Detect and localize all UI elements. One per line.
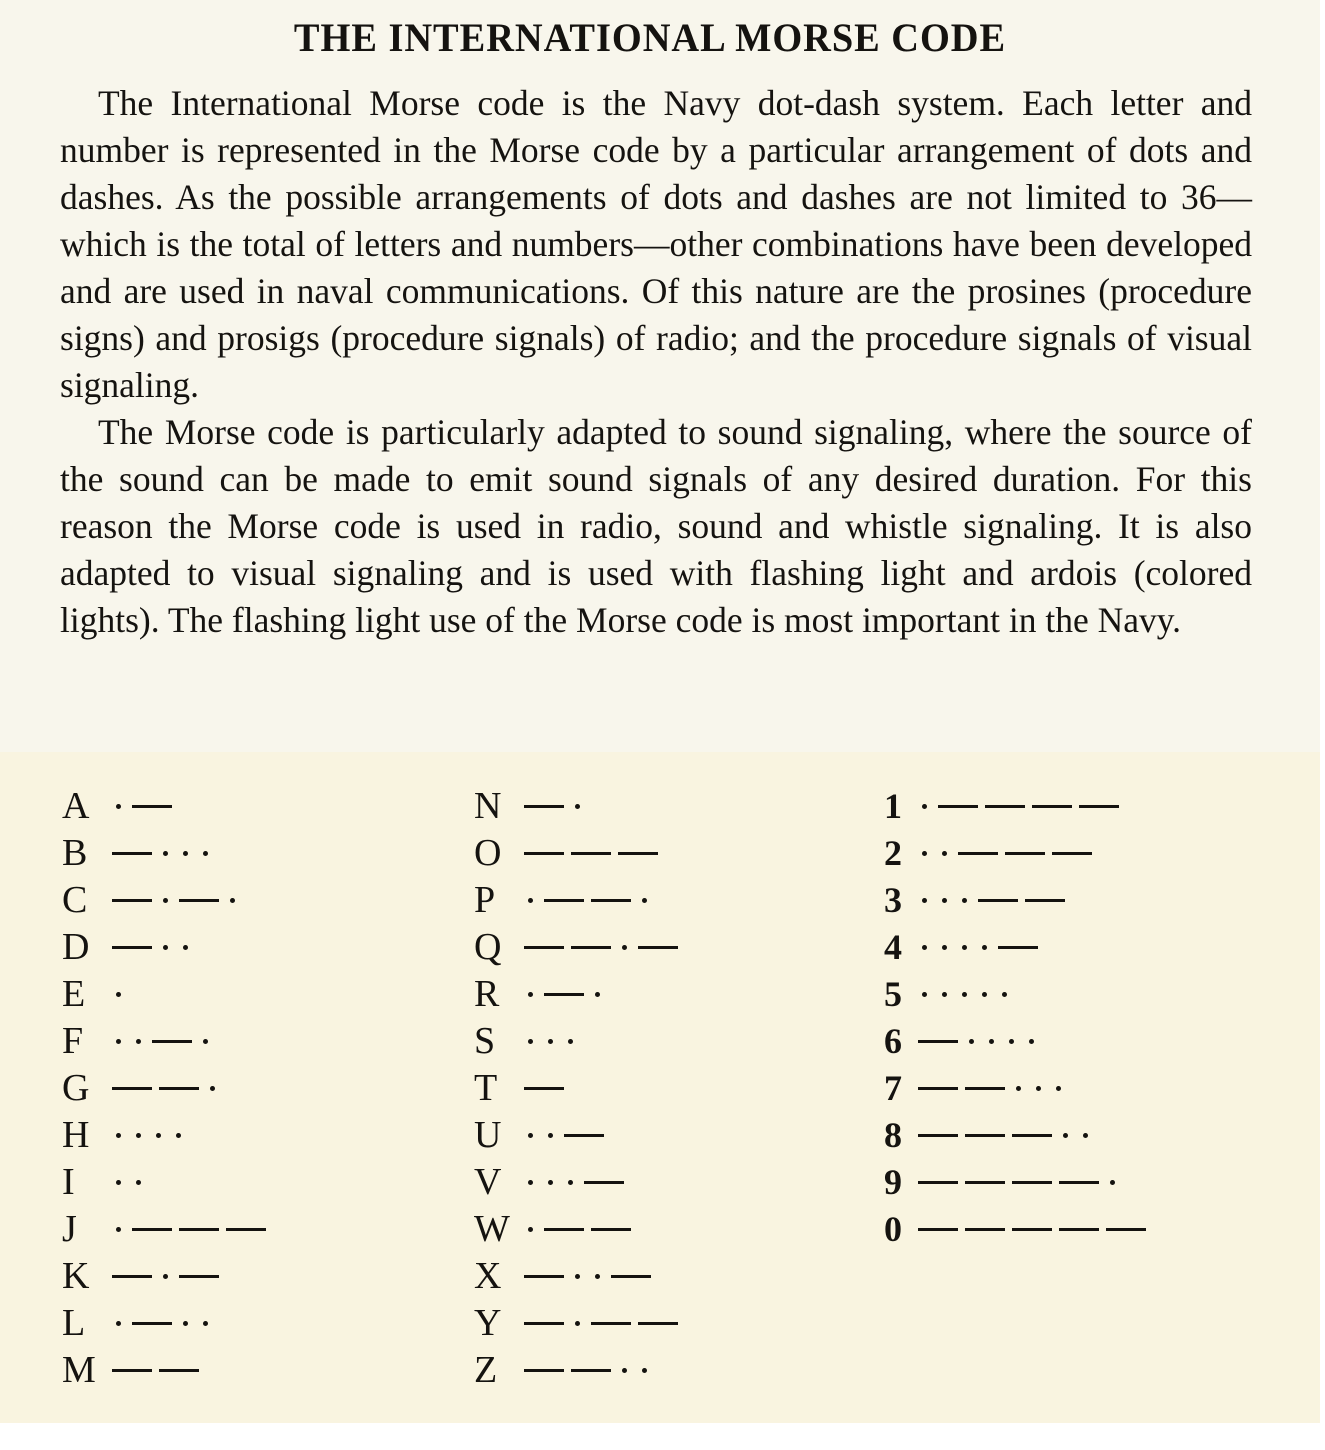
morse-entry: C (62, 877, 266, 924)
morse-sequence (112, 1133, 185, 1138)
dot-icon (163, 898, 168, 903)
morse-entry: Y (474, 1300, 678, 1347)
morse-entry: A (62, 783, 266, 830)
dash-icon (918, 1040, 958, 1043)
dot-icon (595, 1274, 600, 1279)
morse-sequence (918, 992, 1011, 997)
dot-icon (1009, 1039, 1014, 1044)
morse-sequence (524, 1039, 577, 1044)
dot-icon (528, 1227, 533, 1232)
dash-icon (591, 1322, 631, 1325)
dot-icon (982, 992, 987, 997)
morse-sequence (524, 898, 651, 903)
morse-entry: 1 (884, 783, 1146, 830)
dot-icon (922, 992, 927, 997)
morse-character: 4 (884, 924, 918, 971)
morse-entry: B (62, 830, 266, 877)
morse-character: 6 (884, 1018, 918, 1065)
dot-icon (942, 898, 947, 903)
dot-icon (203, 851, 208, 856)
dot-icon (568, 1180, 573, 1185)
dot-icon (230, 898, 235, 903)
morse-entry: 5 (884, 971, 1146, 1018)
morse-entry: X (474, 1253, 678, 1300)
dot-icon (203, 1039, 208, 1044)
morse-character: K (62, 1253, 112, 1300)
morse-character: V (474, 1159, 524, 1206)
morse-sequence (112, 1086, 219, 1091)
morse-character: X (474, 1253, 524, 1300)
dash-icon (985, 805, 1025, 808)
dot-icon (136, 1039, 141, 1044)
dot-icon (210, 1086, 215, 1091)
dash-icon (965, 1134, 1005, 1137)
morse-column-letters-a-m: ABCDEFGHIJKLM (62, 783, 266, 1394)
morse-entry: 9 (884, 1159, 1146, 1206)
morse-character: A (62, 783, 112, 830)
dot-icon (622, 945, 627, 950)
dash-icon (591, 899, 631, 902)
dash-icon (965, 1087, 1005, 1090)
morse-character: 2 (884, 830, 918, 877)
morse-entry: T (474, 1065, 678, 1112)
dash-icon (112, 1087, 152, 1090)
dot-icon (1083, 1133, 1088, 1138)
dash-icon (965, 1228, 1005, 1231)
dash-icon (226, 1228, 266, 1231)
morse-character: 7 (884, 1065, 918, 1112)
dot-icon (962, 992, 967, 997)
morse-entry: 4 (884, 924, 1146, 971)
morse-entry: Q (474, 924, 678, 971)
dot-icon (1002, 992, 1007, 997)
morse-sequence (524, 1274, 651, 1279)
morse-character: U (474, 1112, 524, 1159)
dot-icon (183, 851, 188, 856)
dot-icon (183, 945, 188, 950)
morse-sequence (918, 1228, 1146, 1231)
morse-sequence (524, 852, 658, 855)
morse-sequence (112, 804, 172, 809)
dot-icon (1056, 1086, 1061, 1091)
morse-sequence (524, 1368, 651, 1373)
paragraph-usage: The Morse code is particularly adapted t… (60, 409, 1252, 644)
dot-icon (116, 804, 121, 809)
dash-icon (1059, 1228, 1099, 1231)
morse-character: J (62, 1206, 112, 1253)
dot-icon (989, 1039, 994, 1044)
dot-icon (1016, 1086, 1021, 1091)
morse-sequence (112, 898, 239, 903)
dash-icon (112, 899, 152, 902)
dash-icon (179, 899, 219, 902)
dash-icon (1052, 852, 1092, 855)
morse-character: 0 (884, 1206, 918, 1253)
morse-entry: R (474, 971, 678, 1018)
morse-character: S (474, 1018, 524, 1065)
dot-icon (595, 992, 600, 997)
dot-icon (163, 851, 168, 856)
dot-icon (942, 992, 947, 997)
morse-entry: E (62, 971, 266, 1018)
dot-icon (568, 1039, 573, 1044)
dash-icon (965, 1181, 1005, 1184)
morse-character: Y (474, 1300, 524, 1347)
paragraph-intro: The International Morse code is the Navy… (60, 80, 1252, 409)
morse-sequence (918, 1039, 1038, 1044)
dash-icon (1106, 1228, 1146, 1231)
dot-icon (922, 945, 927, 950)
dot-icon (922, 804, 927, 809)
dash-icon (524, 852, 564, 855)
morse-character: Q (474, 924, 524, 971)
dot-icon (1110, 1180, 1115, 1185)
dash-icon (524, 946, 564, 949)
morse-entry: K (62, 1253, 266, 1300)
morse-sequence (918, 898, 1065, 903)
morse-entry: 0 (884, 1206, 1146, 1253)
dash-icon (1079, 805, 1119, 808)
dot-icon (1063, 1133, 1068, 1138)
scanned-page: THE INTERNATIONAL MORSE CODE The Interna… (0, 0, 1320, 1423)
morse-sequence (524, 804, 584, 809)
dash-icon (571, 946, 611, 949)
dash-icon (132, 805, 172, 808)
morse-character: W (474, 1206, 524, 1253)
dash-icon (958, 852, 998, 855)
morse-character: E (62, 971, 112, 1018)
dash-icon (564, 1134, 604, 1137)
morse-character: 9 (884, 1159, 918, 1206)
dot-icon (116, 1039, 121, 1044)
morse-sequence (112, 1369, 199, 1372)
dash-icon (918, 1087, 958, 1090)
dot-icon (962, 945, 967, 950)
morse-column-numbers: 1234567890 (884, 783, 1146, 1253)
morse-entry: F (62, 1018, 266, 1065)
morse-entry: G (62, 1065, 266, 1112)
dot-icon (528, 992, 533, 997)
dot-icon (183, 1321, 188, 1326)
dash-icon (112, 1369, 152, 1372)
dot-icon (528, 898, 533, 903)
dash-icon (1012, 1228, 1052, 1231)
dot-icon (136, 1180, 141, 1185)
morse-character: 3 (884, 877, 918, 924)
dash-icon (179, 1275, 219, 1278)
dot-icon (116, 1133, 121, 1138)
morse-sequence (524, 1087, 564, 1090)
dot-icon (942, 945, 947, 950)
morse-entry: H (62, 1112, 266, 1159)
dash-icon (544, 1228, 584, 1231)
dash-icon (584, 1181, 624, 1184)
dot-icon (548, 1039, 553, 1044)
dot-icon (116, 1180, 121, 1185)
morse-sequence (112, 1180, 145, 1185)
morse-entry: U (474, 1112, 678, 1159)
morse-sequence (112, 851, 212, 856)
page-title: THE INTERNATIONAL MORSE CODE (26, 14, 1274, 61)
morse-sequence (918, 1133, 1092, 1138)
dot-icon (622, 1368, 627, 1373)
dot-icon (528, 1039, 533, 1044)
dash-icon (544, 993, 584, 996)
dash-icon (638, 1322, 678, 1325)
morse-character: G (62, 1065, 112, 1112)
morse-entry: V (474, 1159, 678, 1206)
dot-icon (116, 992, 121, 997)
morse-sequence (524, 1321, 678, 1326)
dot-icon (136, 1133, 141, 1138)
dash-icon (1012, 1181, 1052, 1184)
morse-sequence (524, 1227, 631, 1232)
dash-icon (132, 1322, 172, 1325)
dash-icon (571, 852, 611, 855)
dot-icon (1036, 1086, 1041, 1091)
dot-icon (116, 1227, 121, 1232)
dash-icon (918, 1228, 958, 1231)
dash-icon (918, 1134, 958, 1137)
morse-sequence (918, 1086, 1065, 1091)
dot-icon (575, 804, 580, 809)
dash-icon (524, 1275, 564, 1278)
morse-entry: Z (474, 1347, 678, 1394)
dash-icon (998, 946, 1038, 949)
dash-icon (1032, 805, 1072, 808)
morse-entry: I (62, 1159, 266, 1206)
morse-entry: J (62, 1206, 266, 1253)
morse-sequence (918, 804, 1119, 809)
morse-sequence (112, 1227, 266, 1232)
morse-character: O (474, 830, 524, 877)
dot-icon (575, 1274, 580, 1279)
dot-icon (642, 898, 647, 903)
dash-icon (132, 1228, 172, 1231)
dot-icon (1029, 1039, 1034, 1044)
dash-icon (159, 1087, 199, 1090)
morse-character: D (62, 924, 112, 971)
dot-icon (548, 1133, 553, 1138)
morse-character: H (62, 1112, 112, 1159)
dash-icon (112, 1275, 152, 1278)
morse-sequence (918, 945, 1038, 950)
morse-sequence (112, 945, 192, 950)
dash-icon (159, 1369, 199, 1372)
morse-entry: S (474, 1018, 678, 1065)
dash-icon (524, 1369, 564, 1372)
morse-entry: 7 (884, 1065, 1146, 1112)
morse-entry: P (474, 877, 678, 924)
dot-icon (922, 851, 927, 856)
dot-icon (548, 1180, 553, 1185)
morse-entry: O (474, 830, 678, 877)
dot-icon (962, 898, 967, 903)
dash-icon (638, 946, 678, 949)
dot-icon (528, 1133, 533, 1138)
morse-character: 5 (884, 971, 918, 1018)
morse-character: N (474, 783, 524, 830)
dot-icon (942, 851, 947, 856)
morse-character: L (62, 1300, 112, 1347)
dash-icon (591, 1228, 631, 1231)
dash-icon (544, 899, 584, 902)
dot-icon (116, 1321, 121, 1326)
dash-icon (112, 946, 152, 949)
dash-icon (1005, 852, 1045, 855)
morse-character: I (62, 1159, 112, 1206)
dot-icon (176, 1133, 181, 1138)
dash-icon (1025, 899, 1065, 902)
dot-icon (575, 1321, 580, 1326)
body-text: The International Morse code is the Navy… (60, 80, 1252, 644)
morse-entry: 3 (884, 877, 1146, 924)
morse-column-letters-n-z: NOPQRSTUVWXYZ (474, 783, 678, 1394)
morse-entry: 2 (884, 830, 1146, 877)
morse-entry: L (62, 1300, 266, 1347)
dash-icon (611, 1275, 651, 1278)
dot-icon (969, 1039, 974, 1044)
morse-sequence (524, 1133, 604, 1138)
dash-icon (179, 1228, 219, 1231)
morse-sequence (112, 1039, 212, 1044)
morse-sequence (524, 945, 678, 950)
dot-icon (163, 945, 168, 950)
morse-character: M (62, 1347, 112, 1394)
dash-icon (524, 1087, 564, 1090)
morse-entry: N (474, 783, 678, 830)
morse-character: C (62, 877, 112, 924)
morse-sequence (918, 851, 1092, 856)
morse-character: F (62, 1018, 112, 1065)
dot-icon (642, 1368, 647, 1373)
morse-entry: 8 (884, 1112, 1146, 1159)
morse-entry: 6 (884, 1018, 1146, 1065)
dash-icon (571, 1369, 611, 1372)
morse-character: T (474, 1065, 524, 1112)
dash-icon (978, 899, 1018, 902)
dot-icon (163, 1274, 168, 1279)
morse-sequence (524, 992, 604, 997)
dot-icon (922, 898, 927, 903)
dot-icon (982, 945, 987, 950)
morse-character: Z (474, 1347, 524, 1394)
morse-sequence (524, 1180, 624, 1185)
dash-icon (1012, 1134, 1052, 1137)
morse-sequence (112, 1274, 219, 1279)
morse-character: R (474, 971, 524, 1018)
dot-icon (203, 1321, 208, 1326)
morse-entry: D (62, 924, 266, 971)
morse-entry: W (474, 1206, 678, 1253)
dash-icon (1059, 1181, 1099, 1184)
dash-icon (112, 852, 152, 855)
morse-character: 8 (884, 1112, 918, 1159)
morse-sequence (112, 992, 125, 997)
morse-character: B (62, 830, 112, 877)
dash-icon (918, 1181, 958, 1184)
morse-character: P (474, 877, 524, 924)
dash-icon (938, 805, 978, 808)
morse-sequence (112, 1321, 212, 1326)
morse-sequence (918, 1180, 1119, 1185)
dash-icon (524, 805, 564, 808)
morse-character: 1 (884, 783, 918, 830)
dash-icon (152, 1040, 192, 1043)
dot-icon (156, 1133, 161, 1138)
morse-entry: M (62, 1347, 266, 1394)
dash-icon (524, 1322, 564, 1325)
dot-icon (528, 1180, 533, 1185)
dash-icon (618, 852, 658, 855)
